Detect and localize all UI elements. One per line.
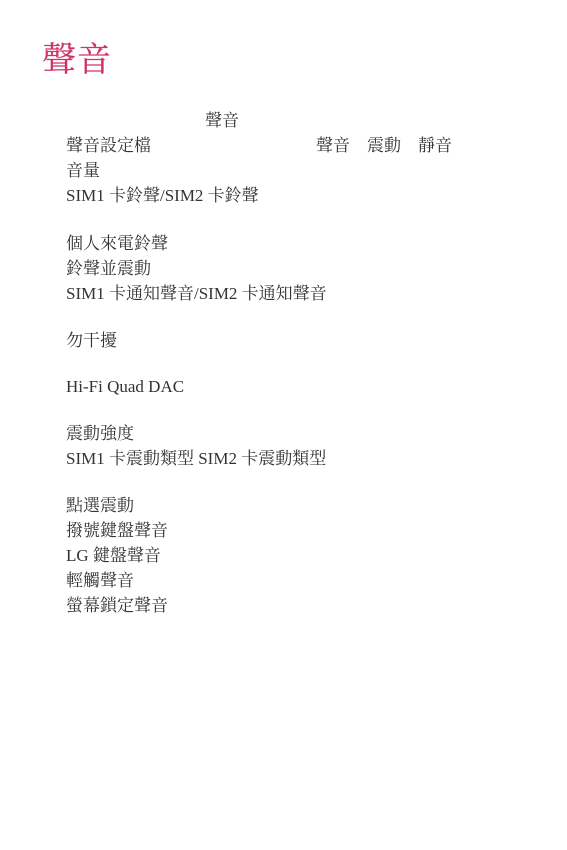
item-dial-pad-sound: 撥號鍵盤聲音 [66,520,168,542]
item-lg-keyboard-sound: LG 鍵盤聲音 [66,545,161,567]
item-sim-ringtone: SIM1 卡鈴聲/SIM2 卡鈴聲 [66,185,259,207]
item-ring-with-vibration: 鈴聲並震動 [66,258,151,280]
item-volume: 音量 [66,160,100,182]
page-title: 聲音 [42,38,112,82]
section-heading: 聲音 [205,110,239,132]
item-touch-sound: 輕觸聲音 [66,570,134,592]
item-personal-ringtone: 個人來電鈴聲 [66,233,168,255]
item-tap-vibration: 點選震動 [66,495,134,517]
profile-option-sound: 聲音 [316,135,350,157]
sound-profile-label: 聲音設定檔 [66,135,151,157]
profile-option-vibrate: 震動 [367,135,401,157]
item-sim-vibration-type: SIM1 卡震動類型 SIM2 卡震動類型 [66,448,326,470]
item-vibration-strength: 震動強度 [66,423,134,445]
profile-option-silent: 靜音 [418,135,452,157]
sound-profile-options: 聲音 震動 靜音 [316,135,452,157]
item-hifi-quad-dac: Hi-Fi Quad DAC [66,376,184,398]
item-sim-notification-sound: SIM1 卡通知聲音/SIM2 卡通知聲音 [66,283,327,305]
item-screen-lock-sound: 螢幕鎖定聲音 [66,595,168,617]
item-do-not-disturb: 勿干擾 [66,330,117,352]
